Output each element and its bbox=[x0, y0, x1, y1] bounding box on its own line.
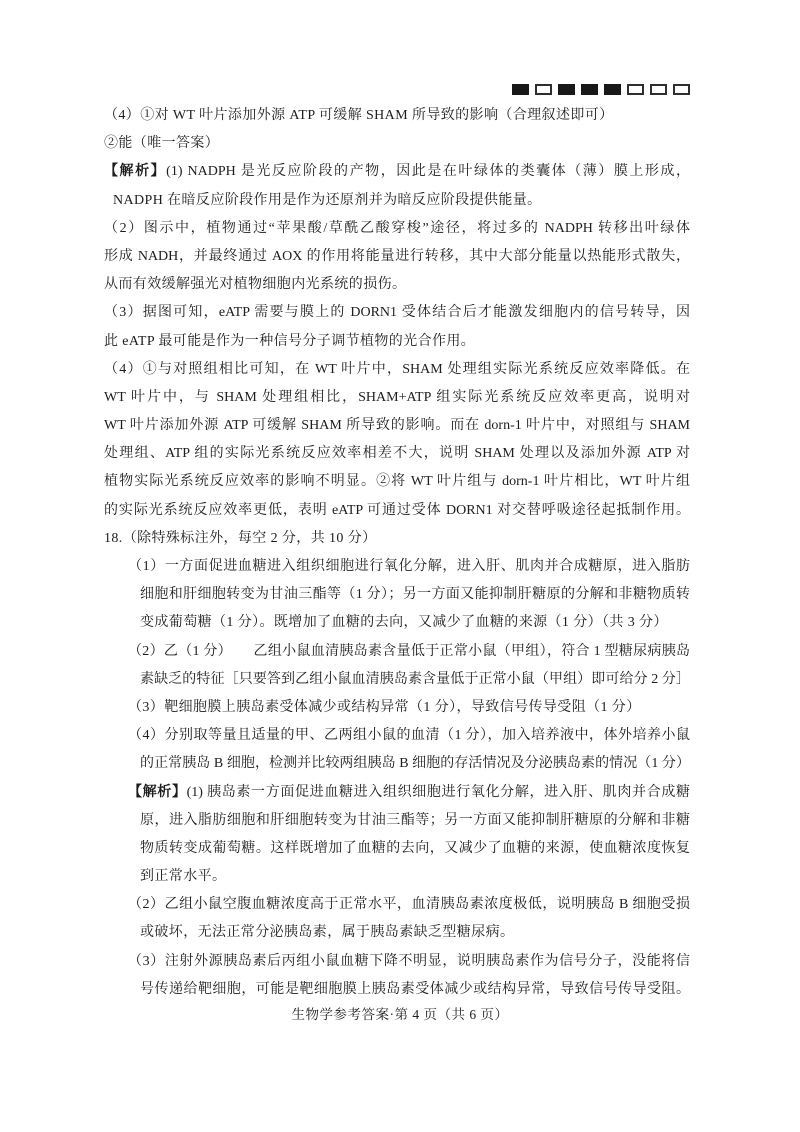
answer-line: 【解析】(1) NADPH 是光反应阶段的产物，因此是在叶绿体的类囊体（薄）膜上… bbox=[104, 158, 690, 186]
empty-square-mark bbox=[627, 84, 644, 95]
answer-line: 原，进入脂肪细胞和肝细胞转变为甘油三酯等；另一方面又能抑制肝糖原的分解和非糖 bbox=[140, 807, 690, 835]
registration-marks bbox=[512, 84, 690, 95]
answer-line: 【解析】(1) 胰岛素一方面促进血糖进入组织细胞进行氧化分解，进入肝、肌肉并合成… bbox=[128, 779, 690, 807]
answer-line: 到正常水平。 bbox=[140, 863, 690, 891]
answer-line: 物质转变成葡萄糖。这样既增加了血糖的去向，又减少了血糖的来源，使血糖浓度恢复 bbox=[140, 835, 690, 863]
answer-line-text: (1) 胰岛素一方面促进血糖进入组织细胞进行氧化分解，进入肝、肌肉并合成糖 bbox=[187, 785, 690, 800]
question-18-header: 18.（除特殊标注外，每空 2 分，共 10 分） bbox=[104, 525, 690, 553]
answer-line: 号传递给靶细胞，可能是靶细胞膜上胰岛素受体减少或结构异常，导致信号传导受阻。 bbox=[140, 976, 690, 1004]
filled-square-mark bbox=[558, 84, 575, 95]
answer-line: 的正常胰岛 B 细胞，检测并比较两组胰岛 B 细胞的存活情况及分泌胰岛素的情况（… bbox=[140, 750, 690, 778]
filled-square-mark bbox=[512, 84, 529, 95]
answer-line: （2）图示中，植物通过“苹果酸/草酰乙酸穿梭”途径，将过多的 NADPH 转移出… bbox=[104, 215, 690, 243]
analysis-label: 【解析】 bbox=[128, 785, 187, 800]
answer-line: （4）①对 WT 叶片添加外源 ATP 可缓解 SHAM 所导致的影响（合理叙述… bbox=[104, 102, 690, 130]
answer-line: 形成 NADH，并最终通过 AOX 的作用将能量进行转移，其中大部分能量以热能形… bbox=[104, 243, 690, 271]
answer-line: （2）乙（1 分） 乙组小鼠血清胰岛素含量低于正常小鼠（甲组），符合 1 型糖尿… bbox=[128, 638, 690, 666]
answer-line: （1）一方面促进血糖进入组织细胞进行氧化分解，进入肝、肌肉并合成糖原，进入脂肪 bbox=[128, 553, 690, 581]
answer-line: 细胞和肝细胞转变为甘油三酯等（1 分）；另一方面又能抑制肝糖原的分解和非糖物质转 bbox=[140, 581, 690, 609]
answer-line: 素缺乏的特征［只要答到乙组小鼠血清胰岛素含量低于正常小鼠（甲组）即可给分 2 分… bbox=[140, 666, 690, 694]
answer-line: ②能（唯一答案） bbox=[104, 130, 690, 158]
answer-line: 变成葡萄糖（1 分）。既增加了血糖的去向，又减少了血糖的来源（1 分）（共 3 … bbox=[140, 609, 690, 637]
answer-line: WT 叶片中，与 SHAM 处理组相比，SHAM+ATP 组实际光系统反应效率更… bbox=[104, 384, 690, 412]
page-footer: 生物学参考答案·第 4 页（共 6 页） bbox=[0, 1003, 800, 1023]
answer-line: （2）乙组小鼠空腹血糖浓度高于正常水平，血清胰岛素浓度极低，说明胰岛 B 细胞受… bbox=[128, 891, 690, 919]
filled-square-mark bbox=[581, 84, 598, 95]
answer-line: 的实际光系统反应效率更低，表明 eATP 可通过受体 DORN1 对交替呼吸途径… bbox=[104, 497, 690, 525]
answer-line: （3）靶细胞膜上胰岛素受体减少或结构异常（1 分），导致信号传导受阻（1 分） bbox=[128, 694, 690, 722]
answer-line: 处理组、ATP 组的实际光系统反应效率相差不大，说明 SHAM 处理以及添加外源… bbox=[104, 440, 690, 468]
empty-square-mark bbox=[673, 84, 690, 95]
answer-line: （4）分别取等量且适量的甲、乙两组小鼠的血清（1 分），加入培养液中，体外培养小… bbox=[128, 722, 690, 750]
answer-line-text: (1) NADPH 是光反应阶段的产物，因此是在叶绿体的类囊体（薄）膜上形成， bbox=[166, 164, 690, 179]
answer-content: （4）①对 WT 叶片添加外源 ATP 可缓解 SHAM 所导致的影响（合理叙述… bbox=[0, 102, 800, 1004]
filled-square-mark bbox=[604, 84, 621, 95]
answer-line: （3）注射外源胰岛素后丙组小鼠血糖下降不明显，说明胰岛素作为信号分子，没能将信 bbox=[128, 948, 690, 976]
empty-square-mark bbox=[535, 84, 552, 95]
answer-line: （3）据图可知，eATP 需要与膜上的 DORN1 受体结合后才能激发细胞内的信… bbox=[104, 299, 690, 327]
empty-square-mark bbox=[650, 84, 667, 95]
answer-line: 植物实际光系统反应效率的影响不明显。②将 WT 叶片组与 dorn-1 叶片相比… bbox=[104, 468, 690, 496]
answer-line: （4）①与对照组相比可知，在 WT 叶片中，SHAM 处理组实际光系统反应效率降… bbox=[104, 356, 690, 384]
answer-line: WT 叶片添加外源 ATP 可缓解 SHAM 所导致的影响。而在 dorn-1 … bbox=[104, 412, 690, 440]
answer-line: NADPH 在暗反应阶段作用是作为还原剂并为暗反应阶段提供能量。 bbox=[113, 187, 690, 215]
answer-sheet-page: （4）①对 WT 叶片添加外源 ATP 可缓解 SHAM 所导致的影响（合理叙述… bbox=[0, 0, 800, 1132]
analysis-label: 【解析】 bbox=[104, 164, 166, 179]
answer-line: 或破坏，无法正常分泌胰岛素，属于胰岛素缺乏型糖尿病。 bbox=[140, 919, 690, 947]
answer-line: 从而有效缓解强光对植物细胞内光系统的损伤。 bbox=[104, 271, 690, 299]
answer-line: 此 eATP 最可能是作为一种信号分子调节植物的光合作用。 bbox=[104, 328, 690, 356]
